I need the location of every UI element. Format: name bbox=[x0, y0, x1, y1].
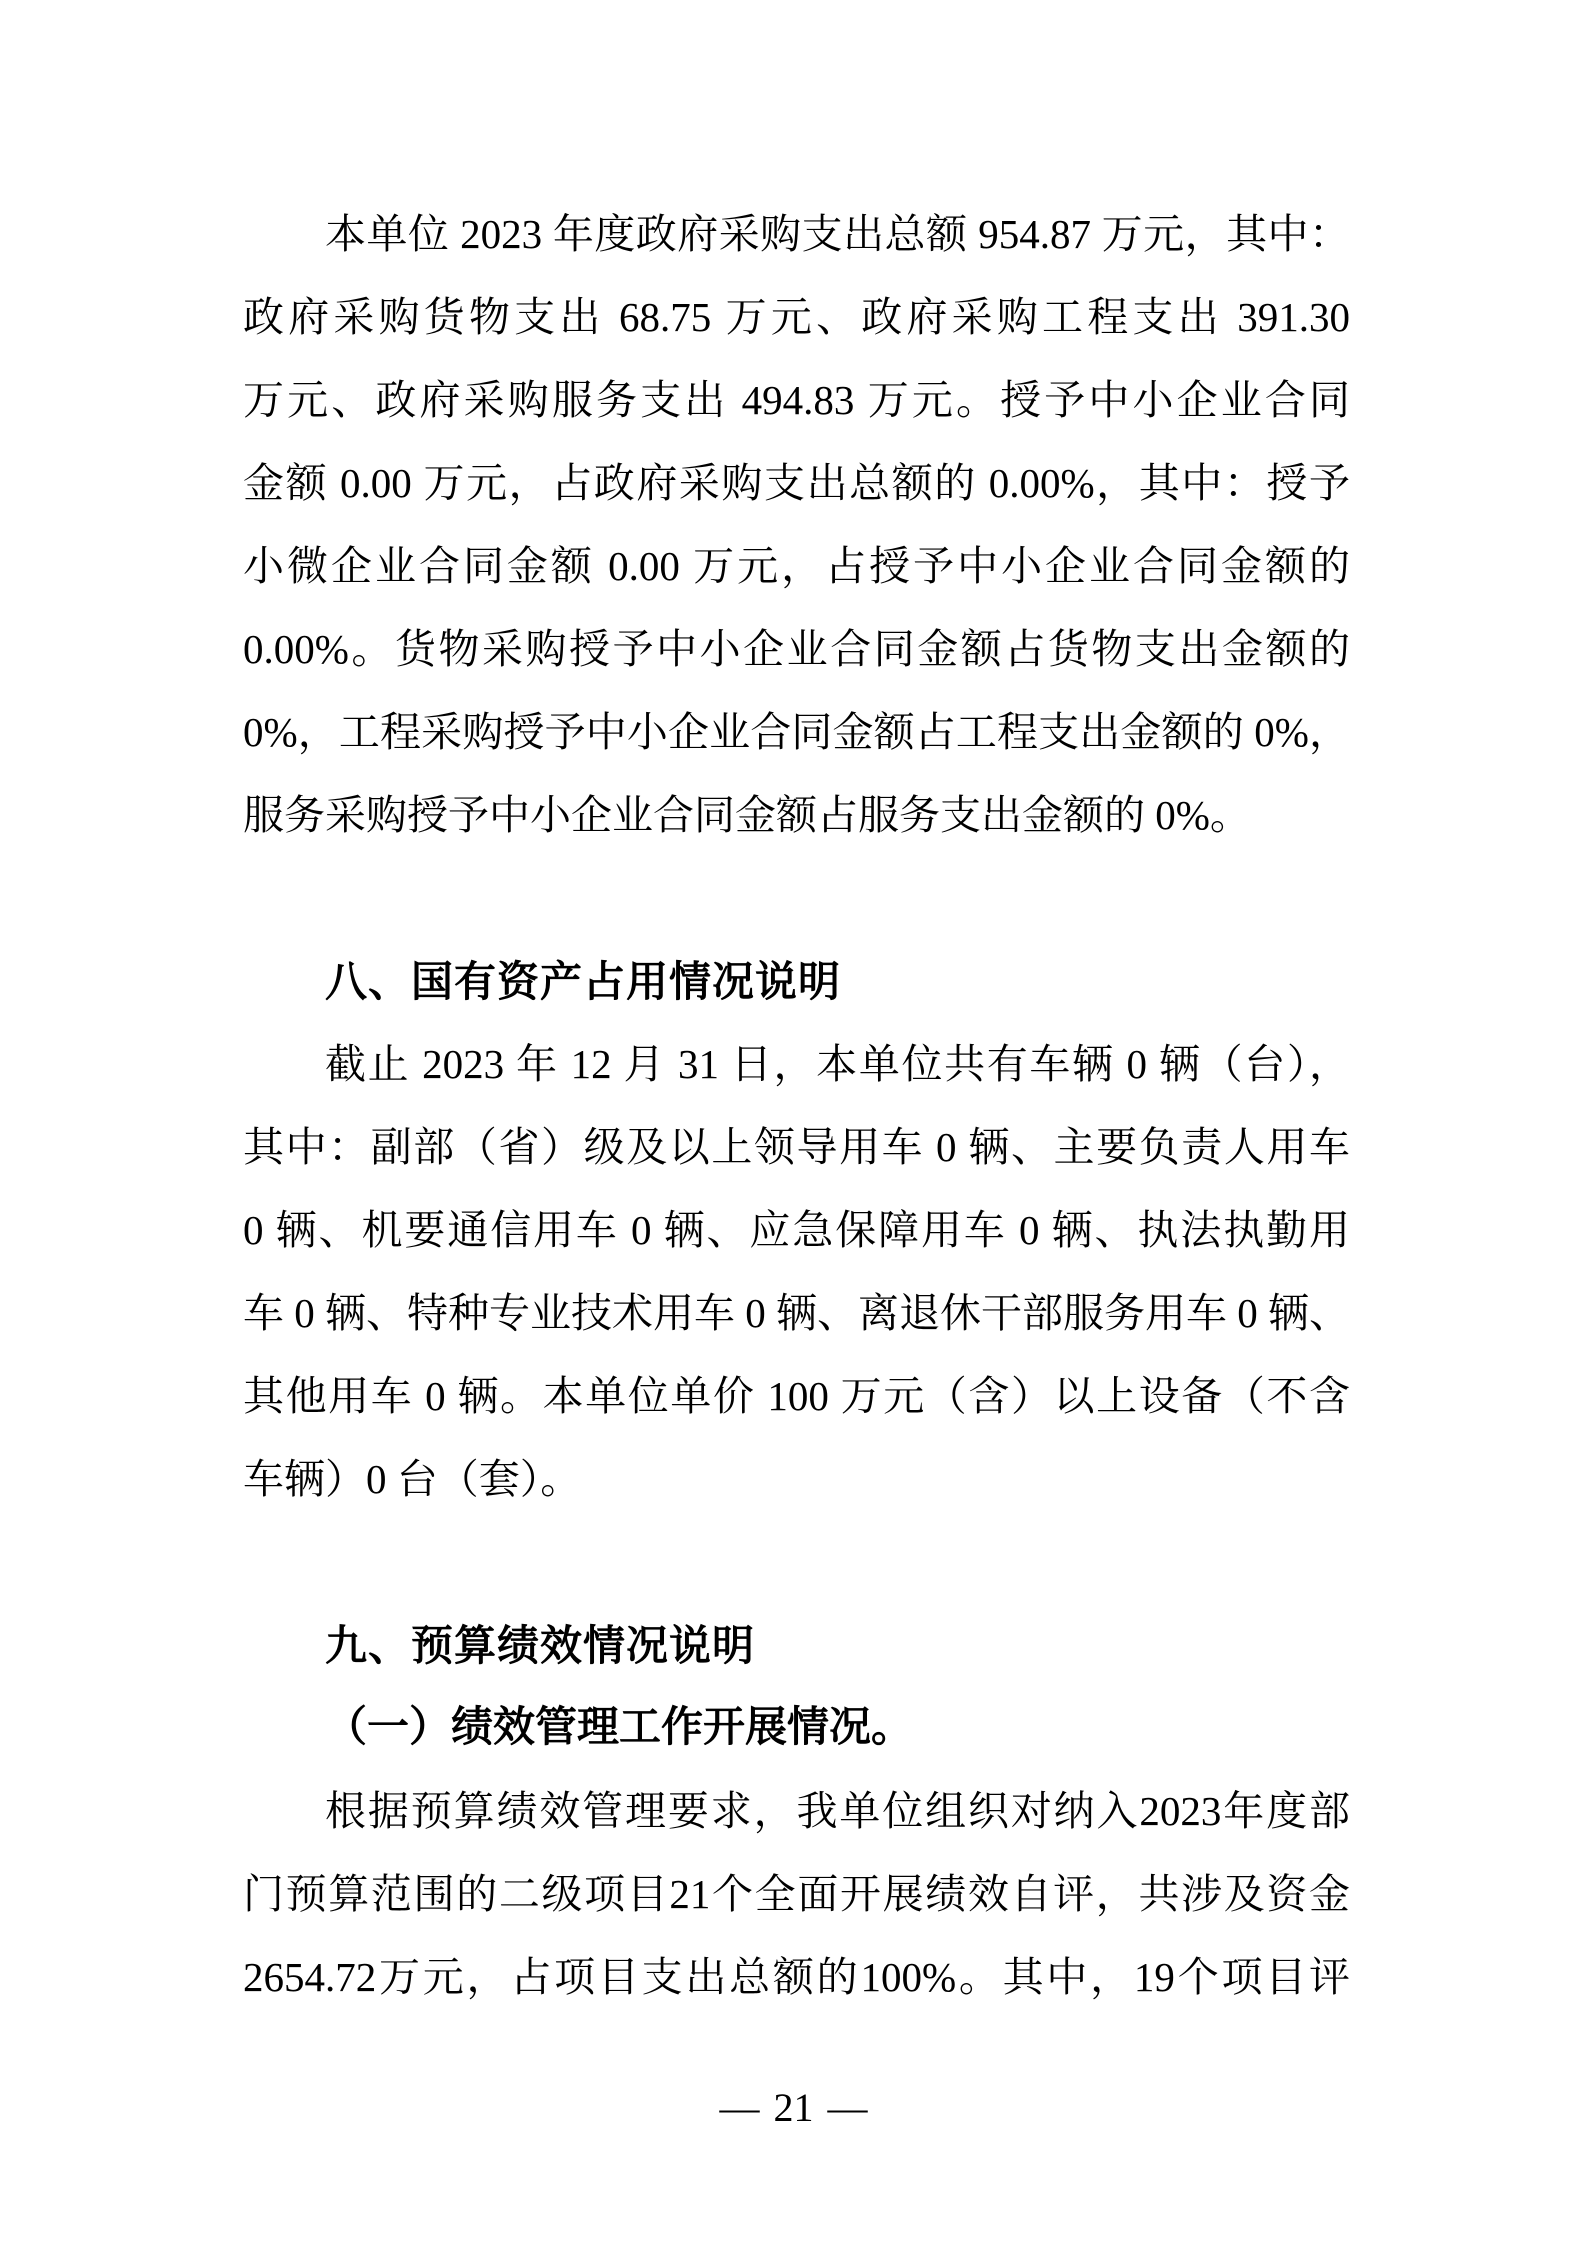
text-line: 门预算范围的二级项目21个全面开展绩效自评，共涉及资金 bbox=[243, 1853, 1350, 1936]
blank-line-spacer bbox=[243, 857, 1350, 940]
page-footer: —21— bbox=[0, 2066, 1587, 2149]
paragraph-government-procurement: 本单位 2023 年度政府采购支出总额 954.87 万元，其中： 政府采购货物… bbox=[243, 193, 1350, 857]
text-line: 根据预算绩效管理要求，我单位组织对纳入2023年度部 bbox=[243, 1770, 1350, 1853]
document-page: 本单位 2023 年度政府采购支出总额 954.87 万元，其中： 政府采购货物… bbox=[0, 0, 1587, 2245]
text-line: 0 辆、机要通信用车 0 辆、应急保障用车 0 辆、执法执勤用 bbox=[243, 1189, 1350, 1272]
section-heading-budget-performance: 九、预算绩效情况说明 bbox=[243, 1604, 1350, 1687]
footer-dash-right: — bbox=[828, 2085, 868, 2130]
section-heading-state-assets: 八、国有资产占用情况说明 bbox=[243, 940, 1350, 1023]
text-line: 2654.72万元，占项目支出总额的100%。其中，19个项目评 bbox=[243, 1936, 1350, 2019]
page-number: 21 bbox=[774, 2085, 814, 2130]
text-line: 0%，工程采购授予中小企业合同金额占工程支出金额的 0%， bbox=[243, 691, 1350, 774]
text-line: 其他用车 0 辆。本单位单价 100 万元（含）以上设备（不含 bbox=[243, 1355, 1350, 1438]
text-line: 0.00%。货物采购授予中小企业合同金额占货物支出金额的 bbox=[243, 608, 1350, 691]
text-line: 服务采购授予中小企业合同金额占服务支出金额的 0%。 bbox=[243, 774, 1350, 857]
text-line: 截止 2023 年 12 月 31 日，本单位共有车辆 0 辆（台）， bbox=[243, 1023, 1350, 1106]
subsection-heading-performance-management: （一）绩效管理工作开展情况。 bbox=[243, 1687, 1350, 1770]
text-line: 本单位 2023 年度政府采购支出总额 954.87 万元，其中： bbox=[243, 193, 1350, 276]
footer-dash-left: — bbox=[720, 2085, 760, 2130]
paragraph-state-assets: 截止 2023 年 12 月 31 日，本单位共有车辆 0 辆（台）， 其中：副… bbox=[243, 1023, 1350, 1521]
text-line: 金额 0.00 万元，占政府采购支出总额的 0.00%，其中：授予 bbox=[243, 442, 1350, 525]
text-line: 万元、政府采购服务支出 494.83 万元。授予中小企业合同 bbox=[243, 359, 1350, 442]
document-content: 本单位 2023 年度政府采购支出总额 954.87 万元，其中： 政府采购货物… bbox=[243, 193, 1350, 2019]
paragraph-budget-performance: 根据预算绩效管理要求，我单位组织对纳入2023年度部 门预算范围的二级项目21个… bbox=[243, 1770, 1350, 2019]
text-line: 政府采购货物支出 68.75 万元、政府采购工程支出 391.30 bbox=[243, 276, 1350, 359]
blank-line-spacer bbox=[243, 1521, 1350, 1604]
text-line: 车 0 辆、特种专业技术用车 0 辆、离退休干部服务用车 0 辆、 bbox=[243, 1272, 1350, 1355]
text-line: 其中：副部（省）级及以上领导用车 0 辆、主要负责人用车 bbox=[243, 1106, 1350, 1189]
text-line: 车辆）0 台（套）。 bbox=[243, 1438, 1350, 1521]
text-line: 小微企业合同金额 0.00 万元，占授予中小企业合同金额的 bbox=[243, 525, 1350, 608]
